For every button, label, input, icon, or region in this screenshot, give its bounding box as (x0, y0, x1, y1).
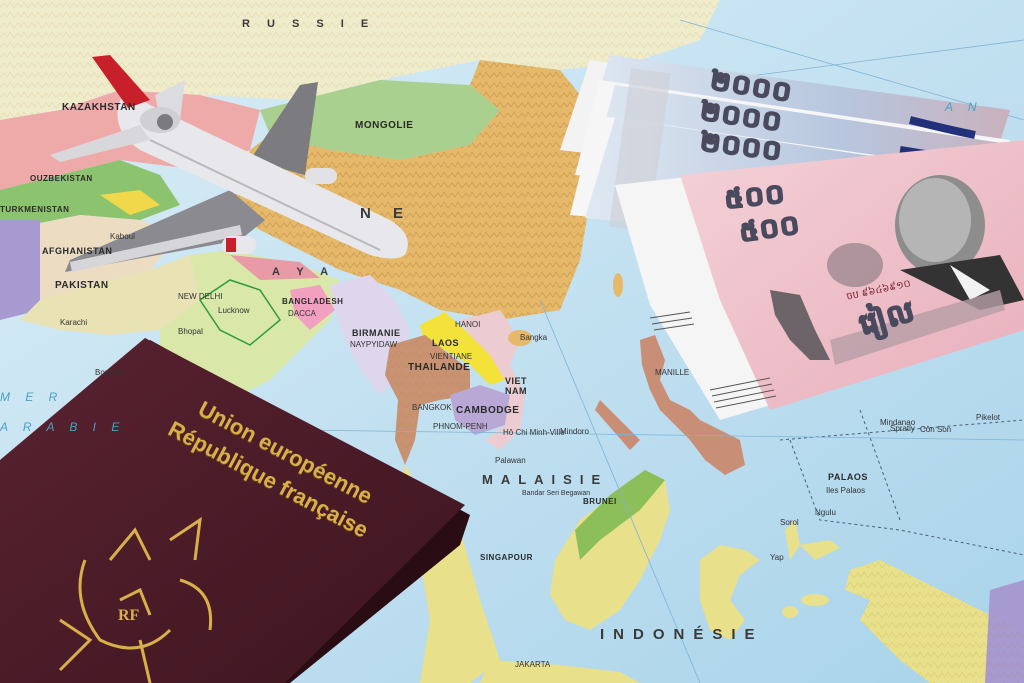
label-faraulep: Côn Son (920, 425, 951, 434)
label-kazakhstan: KAZAKHSTAN (62, 102, 136, 113)
label-brunei: BRUNEI (583, 497, 617, 506)
label-mer-arabie-1: M E R (0, 390, 63, 404)
city-bangkok: BANGKOK (412, 403, 452, 412)
city-new-delhi: NEW DELHI (178, 292, 222, 301)
label-malaysia: MALAISIE (482, 472, 608, 487)
airplane-engine-right (305, 168, 337, 184)
label-mongolia: MONGOLIE (355, 120, 413, 131)
label-afghanistan: AFGHANISTAN (42, 246, 112, 256)
label-tobi: Ngulu (815, 508, 836, 517)
label-cambodia: CAMBODGE (456, 405, 519, 416)
label-russia: R U S S I E (242, 18, 375, 30)
label-halmahera: Yap (770, 553, 784, 562)
label-himalaya-fragment: A Y A (272, 266, 335, 278)
city-jakarta: JAKARTA (515, 660, 550, 669)
city-phnom-penh: PHNOM-PENH (433, 422, 488, 431)
label-pakistan: PAKISTAN (55, 280, 109, 291)
cambodia-emblem (827, 243, 883, 287)
label-sonsorol: Iles Palaos (826, 486, 865, 495)
city-ho-chi-minh: Hô Chi Minh-Ville (503, 428, 565, 437)
label-spratly: Mindoro (560, 427, 589, 436)
label-turkmenistan: TURKMENISTAN (0, 205, 69, 214)
city-bandar-seri-begawan: Bandar Seri Begawan (522, 490, 590, 497)
label-indonesia: INDONÉSIE (600, 626, 764, 643)
city-bhopal: Bhopal (178, 327, 203, 336)
label-thailand: THAILANDE (408, 362, 470, 373)
country-iran (0, 220, 40, 320)
label-uzbekistan: OUZBEKISTAN (30, 174, 93, 183)
label-vietnam: VIET NAM (505, 376, 535, 396)
city-vientiane: VIENTIANE (430, 352, 472, 361)
city-lucknow: Lucknow (218, 306, 250, 315)
label-palau: PALAOS (828, 472, 868, 482)
label-hainan: Bangka (520, 333, 547, 342)
label-morotai: Sorol (780, 518, 799, 527)
label-laos: LAOS (432, 338, 459, 348)
city-kabul: Kaboul (110, 232, 135, 241)
label-myanmar: BIRMANIE (352, 328, 401, 338)
label-yap: Spratly (890, 424, 915, 433)
photo-scene: RF R U S S I E KAZAKHSTAN MONGOLIE OUZBE… (0, 0, 1024, 683)
city-hanoi: HANOI (455, 320, 480, 329)
passport-initials: RF (118, 607, 140, 624)
label-singapore: SINGAPOUR (480, 553, 533, 562)
label-china-fragment: N E (360, 205, 412, 222)
label-namonuito: Pikelot (976, 413, 1000, 422)
city-dacca: DACCA (288, 309, 316, 318)
label-ocean-fragment: A N (945, 100, 983, 114)
city-karachi: Karachi (60, 318, 87, 327)
city-manila: MANILLE (655, 368, 689, 377)
label-bangladesh: BANGLADESH (282, 297, 343, 306)
label-con-son: Palawan (495, 456, 526, 465)
label-mer-arabie-2: A R A B I E (0, 420, 125, 434)
city-bombay: Bombay (95, 368, 124, 377)
island-taiwan (613, 273, 623, 297)
city-naypyidaw: NAYPYIDAW (350, 340, 397, 349)
